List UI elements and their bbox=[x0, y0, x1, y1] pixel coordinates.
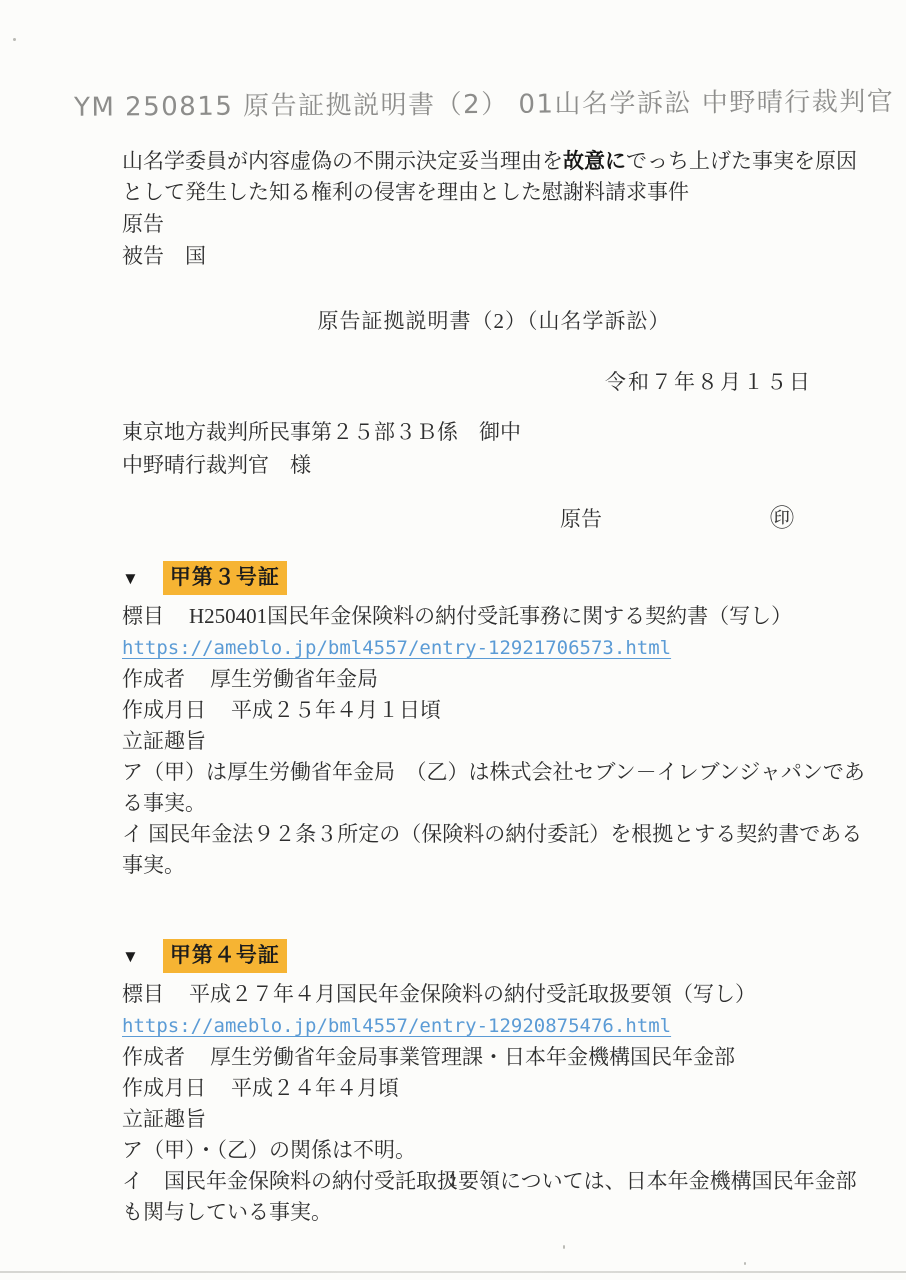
purpose-field-label: 立証趣旨 bbox=[122, 1104, 866, 1135]
scan-speck bbox=[563, 1245, 565, 1249]
evidence-author-line: 作成者厚生労働省年金局 bbox=[122, 664, 866, 695]
judge-addressee-line: 中野晴行裁判官 様 bbox=[122, 449, 866, 482]
author-field-label: 作成者 bbox=[122, 667, 185, 691]
addressee-block: 東京地方裁判所民事第２５部３Ｂ係 御中 中野晴行裁判官 様 bbox=[122, 416, 866, 482]
signature-row: 原告 ㊞ bbox=[122, 504, 866, 535]
created-field-value: 平成２４年４月頃 bbox=[231, 1076, 399, 1100]
evidence-url-link[interactable]: https://ameblo.jp/bml4557/entry-12920875… bbox=[122, 1015, 671, 1037]
triangle-marker-icon: ▼ bbox=[122, 563, 139, 594]
evidence-title-line: 標目平成２７年４月国民年金保険料の納付受託取扱要領（写し） bbox=[122, 979, 866, 1010]
exhibit-number-label: 甲第３号証 bbox=[163, 561, 287, 595]
purpose-item-b: イ 国民年金法９２条３所定の（保険料の納付委託）を根拠とする契約書である事実。 bbox=[122, 819, 866, 881]
evidence-header: ▼ 甲第４号証 bbox=[122, 939, 866, 973]
evidence-title-line: 標目H250401国民年金保険料の納付受託事務に関する契約書（写し） bbox=[122, 601, 866, 632]
created-field-label: 作成月日 bbox=[122, 1076, 206, 1100]
evidence-created-line: 作成月日平成２４年４月頃 bbox=[122, 1073, 866, 1104]
seal-stamp-icon: ㊞ bbox=[770, 504, 794, 535]
document-body: 山名学委員が内容虚偽の不開示決定妥当理由を故意にでっち上げた事実を原因として発生… bbox=[122, 146, 866, 1228]
created-field-label: 作成月日 bbox=[122, 698, 206, 722]
scan-speck bbox=[744, 1262, 746, 1265]
signature-party-label: 原告 bbox=[560, 504, 602, 535]
evidence-header: ▼ 甲第３号証 bbox=[122, 561, 866, 595]
scanned-document-page: YM 250815 原告証拠説明書（2） 01山名学訴訟 中野晴行裁判官 山名学… bbox=[0, 0, 906, 1280]
scan-edge-line bbox=[0, 1271, 906, 1273]
page-number: 1 bbox=[0, 1170, 906, 1192]
created-field-value: 平成２５年４月１日頃 bbox=[231, 698, 441, 722]
evidence-url-link[interactable]: https://ameblo.jp/bml4557/entry-12921706… bbox=[122, 637, 671, 659]
case-description: 山名学委員が内容虚偽の不開示決定妥当理由を故意にでっち上げた事実を原因として発生… bbox=[122, 146, 866, 208]
case-description-emphasis: 故意に bbox=[563, 149, 626, 173]
triangle-marker-icon: ▼ bbox=[122, 941, 139, 972]
document-title: 原告証拠説明書（2）（山名学訴訟） bbox=[122, 306, 866, 337]
evidence-author-line: 作成者厚生労働省年金局事業管理課・日本年金機構国民年金部 bbox=[122, 1042, 866, 1073]
title-field-label: 標目 bbox=[122, 604, 164, 628]
purpose-item-a: ア（甲）は厚生労働省年金局 （乙）は株式会社セブン－イレブンジャパンである事実。 bbox=[122, 757, 866, 819]
exhibit-number-label: 甲第４号証 bbox=[163, 939, 287, 973]
defendant-line: 被告 国 bbox=[122, 240, 866, 272]
scan-speck bbox=[13, 38, 16, 41]
court-addressee-line: 東京地方裁判所民事第２５部３Ｂ係 御中 bbox=[122, 416, 866, 449]
plaintiff-line: 原告 bbox=[122, 208, 866, 240]
purpose-field-label: 立証趣旨 bbox=[122, 726, 866, 757]
author-field-value: 厚生労働省年金局 bbox=[210, 667, 378, 691]
evidence-section-kou-3: ▼ 甲第３号証 標目H250401国民年金保険料の納付受託事務に関する契約書（写… bbox=[122, 561, 866, 881]
author-field-label: 作成者 bbox=[122, 1045, 185, 1069]
author-field-value: 厚生労働省年金局事業管理課・日本年金機構国民年金部 bbox=[210, 1045, 735, 1069]
purpose-item-a: ア（甲）・（乙）の関係は不明。 bbox=[122, 1135, 866, 1166]
case-description-text: 山名学委員が内容虚偽の不開示決定妥当理由を bbox=[122, 149, 563, 173]
document-date: 令和７年８月１５日 bbox=[122, 367, 866, 398]
title-field-label: 標目 bbox=[122, 982, 164, 1006]
handwritten-annotation: YM 250815 原告証拠説明書（2） 01山名学訴訟 中野晴行裁判官 bbox=[74, 81, 874, 124]
evidence-url-line: https://ameblo.jp/bml4557/entry-12921706… bbox=[122, 632, 866, 664]
evidence-url-line: https://ameblo.jp/bml4557/entry-12920875… bbox=[122, 1010, 866, 1042]
evidence-created-line: 作成月日平成２５年４月１日頃 bbox=[122, 695, 866, 726]
title-field-value: 平成２７年４月国民年金保険料の納付受託取扱要領（写し） bbox=[189, 982, 756, 1006]
title-field-value: H250401国民年金保険料の納付受託事務に関する契約書（写し） bbox=[189, 604, 792, 628]
